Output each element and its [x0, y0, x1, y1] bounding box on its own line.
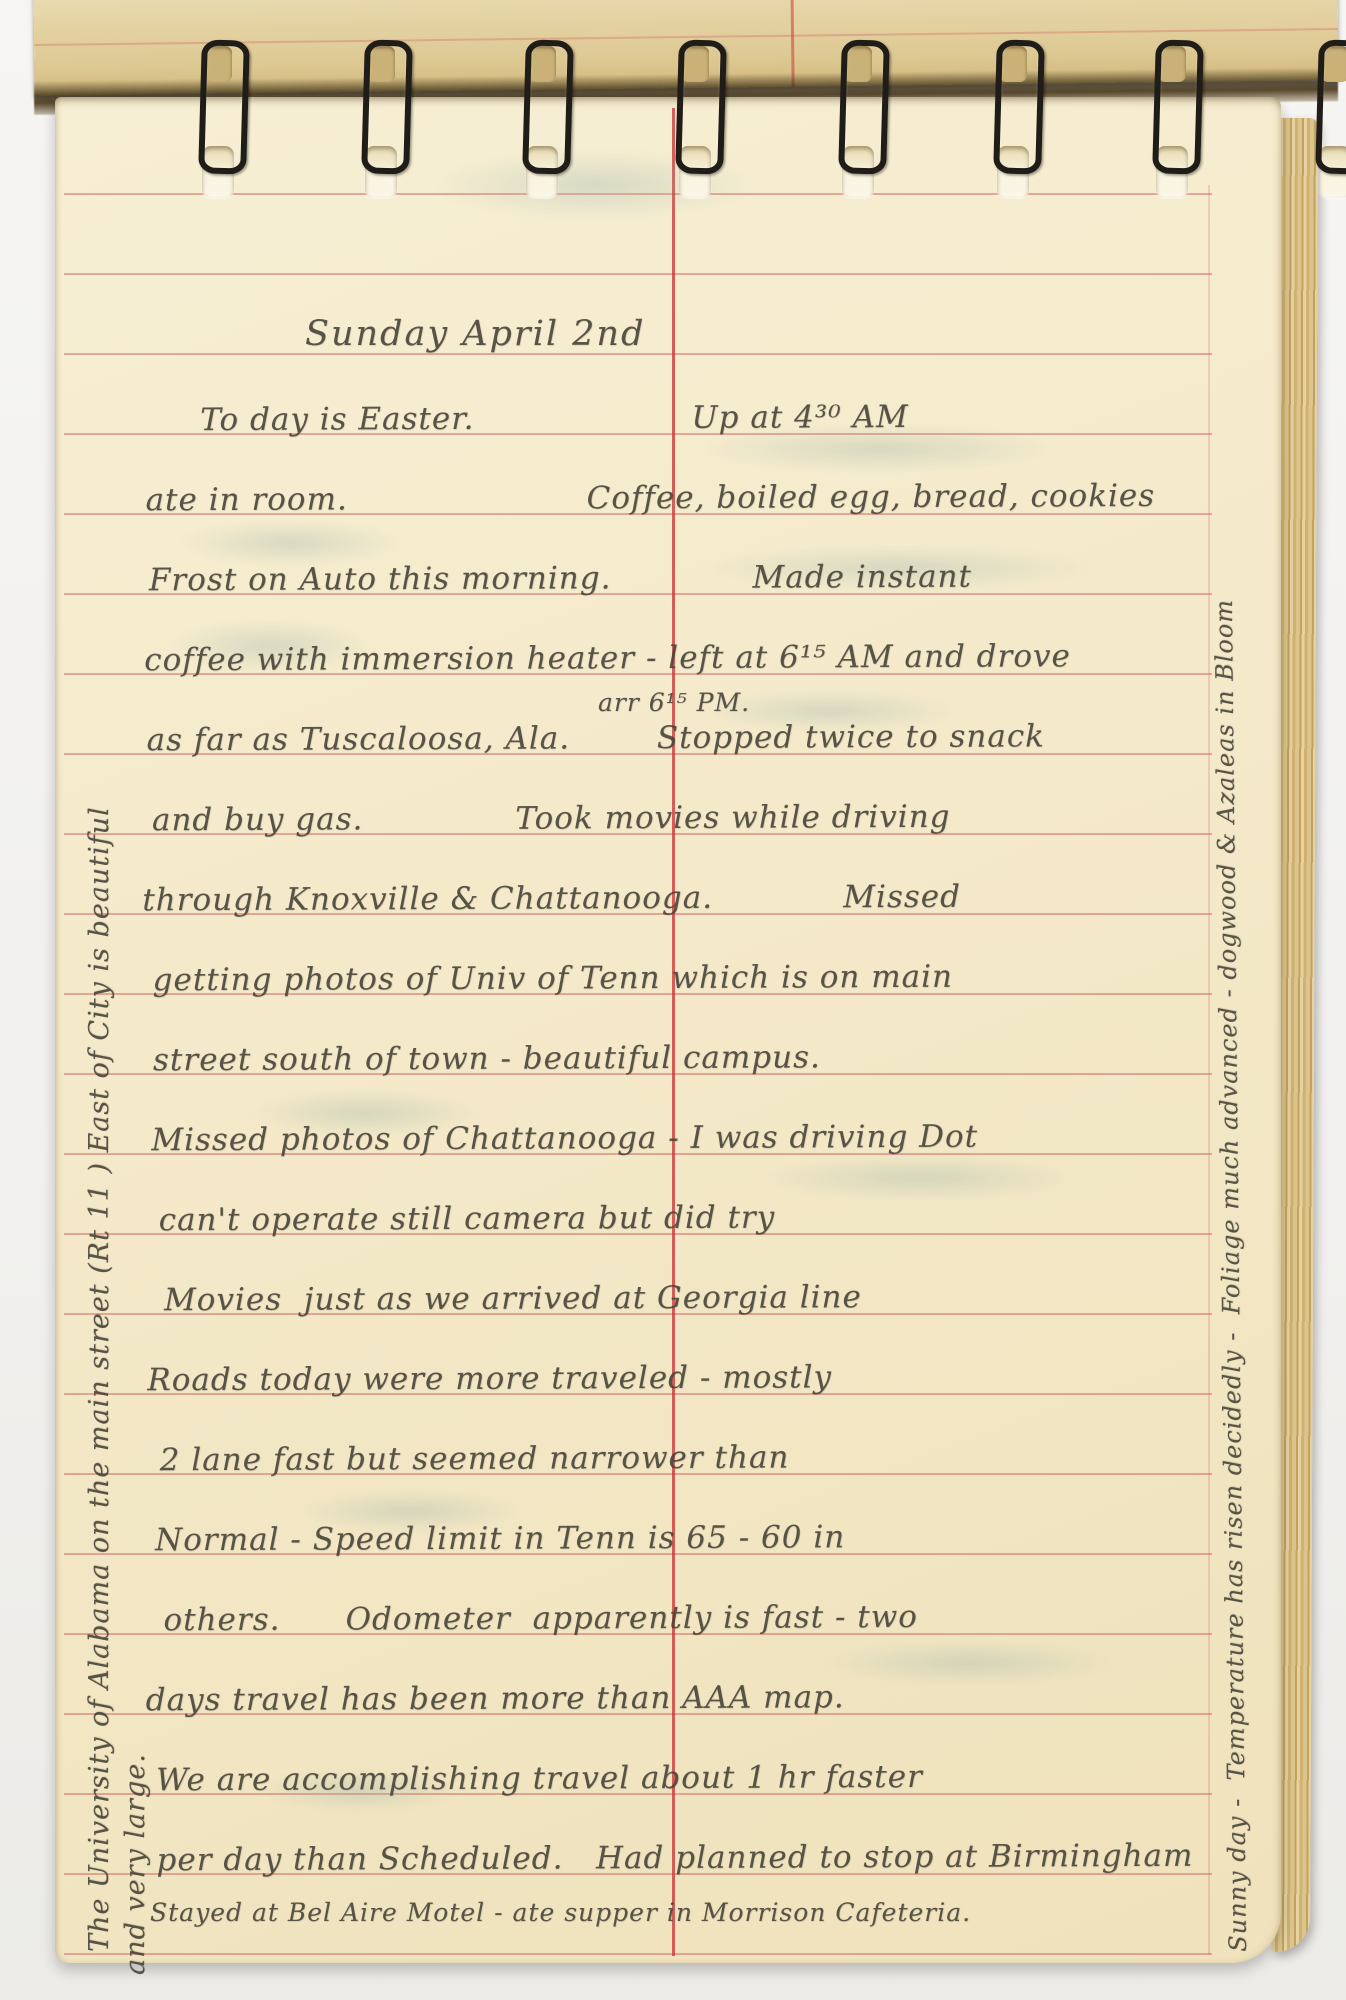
journal-line: ate in room. Coffee, boiled egg, bread, … [145, 456, 1155, 540]
journal-line: days travel has been more than AAA map. [146, 1657, 845, 1740]
spiral-coil [198, 39, 250, 174]
spiral-coil [1152, 39, 1204, 174]
spiral-coil [1315, 39, 1346, 174]
journal-line: can't operate still camera but did try [158, 1178, 775, 1261]
journal-line: Missed photos of Chattanooga - I was dri… [151, 1097, 978, 1181]
journal-line: To day is Easter. Up at 4³⁰ AM [200, 377, 909, 460]
journal-line: Normal - Speed limit in Tenn is 65 - 60 … [155, 1497, 845, 1580]
journal-line: others. Odometer apparently is fast - tw… [163, 1577, 918, 1660]
journal-line: We are accomplishing travel about 1 hr f… [156, 1737, 923, 1820]
journal-line: as far as Tuscaloosa, Ala. Stopped twice… [146, 696, 1045, 780]
spiral-coil [993, 39, 1045, 174]
journal-line: Movies just as we arrived at Georgia lin… [164, 1257, 862, 1340]
journal-line-last: Stayed at Bel Aire Motel - ate supper in… [150, 1898, 971, 1927]
journal-line: Frost on Auto this morning. Made instant [149, 537, 972, 621]
notebook-photo: Sunday April 2nd To day is Easter. Up at… [0, 0, 1346, 2000]
spiral-coil [361, 39, 413, 174]
spiral-coil [838, 39, 890, 174]
journal-line: per day than Scheduled. Had planned to s… [156, 1816, 1193, 1901]
journal-line: getting photos of Univ of Tenn which is … [152, 937, 953, 1020]
journal-line: and buy gas. Took movies while driving [152, 777, 951, 860]
entry-date-heading: Sunday April 2nd [305, 314, 645, 354]
arrival-time-note: arr 6¹⁵ PM. [598, 688, 750, 717]
journal-line: street south of town - beautiful campus. [153, 1017, 821, 1100]
margin-note-left-2: and very large. [120, 1753, 151, 1975]
spiral-coil [522, 39, 574, 174]
spiral-coil [675, 39, 727, 174]
right-margin-rule [1208, 185, 1210, 1955]
margin-note-left: The University of Alabama on the main st… [84, 806, 115, 1952]
journal-line: 2 lane fast but seemed narrower than [160, 1418, 790, 1501]
journal-line: through Knoxville & Chattanooga. Missed [142, 857, 961, 941]
journal-line: Roads today were more traveled - mostly [147, 1337, 832, 1420]
